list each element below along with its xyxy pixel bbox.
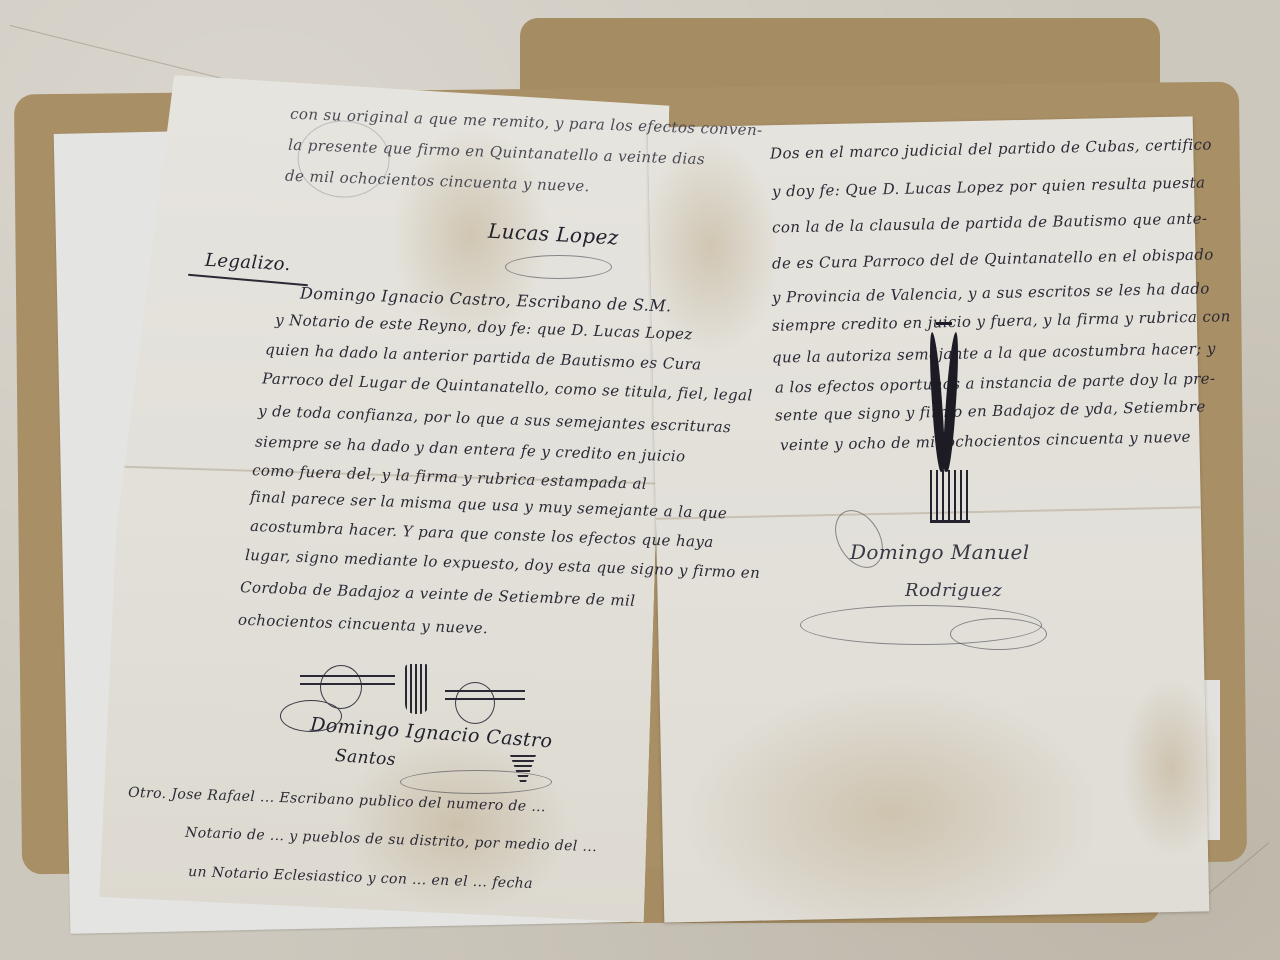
- notary-signature: Domingo Manuel: [850, 540, 1030, 564]
- flourish-line: [445, 698, 525, 700]
- emblem-crossbar: [936, 322, 952, 325]
- notary-signature-second-line: Santos: [334, 746, 396, 770]
- flourish-line: [445, 690, 525, 692]
- notary-flourish: [280, 700, 342, 732]
- flourish-line: [300, 683, 395, 685]
- notary-sign-emblem: [405, 664, 429, 714]
- notary-flourish: [455, 682, 495, 724]
- signature-flourish: [950, 618, 1047, 650]
- margin-heading: Legalizo.: [205, 250, 292, 275]
- notary-signature-second-line: Rodriguez: [905, 580, 1002, 601]
- emblem-blade: [941, 332, 961, 472]
- signature-flourish: [505, 255, 612, 279]
- water-stain: [679, 678, 1104, 947]
- notary-flourish: [400, 770, 552, 794]
- flourish-line: [300, 675, 395, 677]
- notary-emblem-base: [930, 470, 970, 523]
